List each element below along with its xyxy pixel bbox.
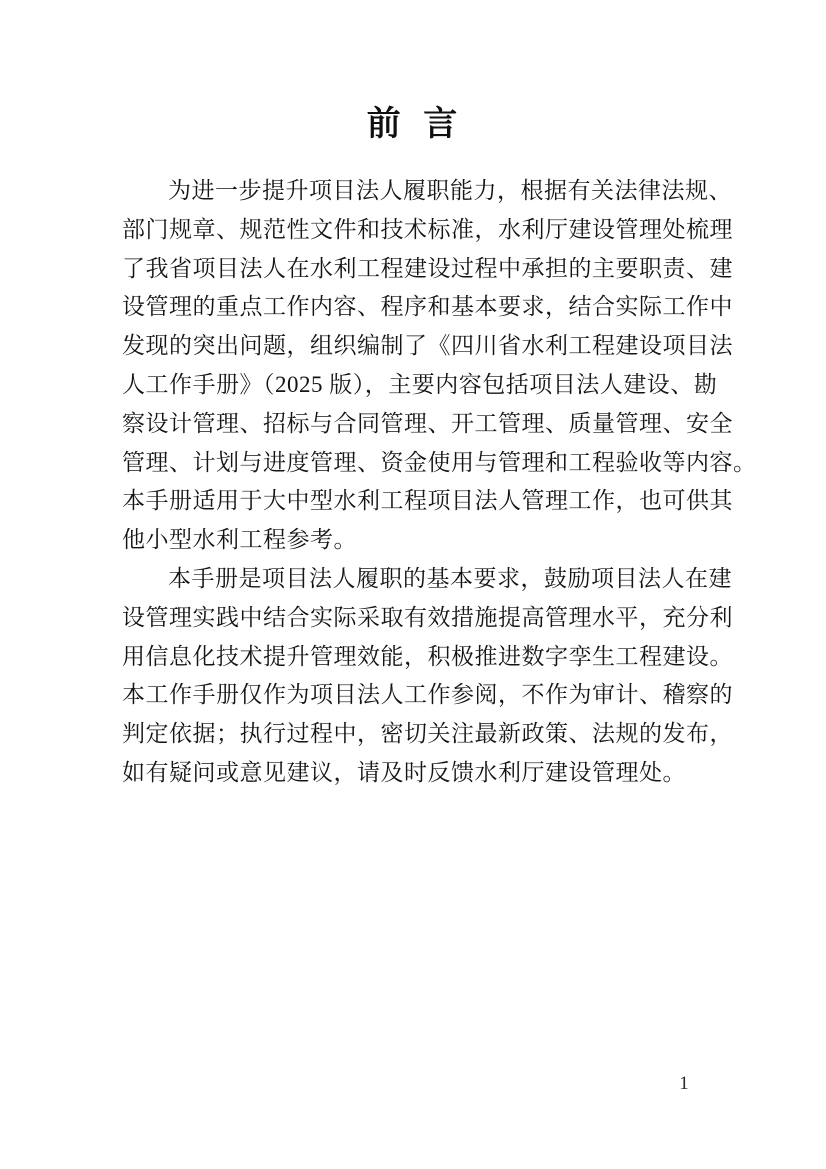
text-line: 察设计管理、招标与合同管理、开工管理、质量管理、安全 xyxy=(122,405,700,444)
text-line: 设管理实践中结合实际采取有效措施提高管理水平，充分利 xyxy=(122,599,700,638)
text-line: 为进一步提升项目法人履职能力，根据有关法律法规、 xyxy=(122,172,700,211)
text-line: 人工作手册》（2025 版），主要内容包括项目法人建设、勘 xyxy=(122,366,700,405)
page-title: 前 言 xyxy=(0,104,826,146)
text-line: 管理、计划与进度管理、资金使用与管理和工程验收等内容。 xyxy=(122,444,700,483)
text-line: 他小型水利工程参考。 xyxy=(122,521,700,560)
text-line: 用信息化技术提升管理效能，积极推进数字孪生工程建设。 xyxy=(122,638,700,677)
text-line: 如有疑问或意见建议，请及时反馈水利厅建设管理处。 xyxy=(122,754,700,793)
text-line: 本手册是项目法人履职的基本要求，鼓励项目法人在建 xyxy=(122,560,700,599)
text-line: 本工作手册仅作为项目法人工作参阅，不作为审计、稽察的 xyxy=(122,676,700,715)
document-page: 前 言 为进一步提升项目法人履职能力，根据有关法律法规、部门规章、规范性文件和技… xyxy=(0,0,826,1169)
text-line: 判定依据；执行过程中，密切关注最新政策、法规的发布， xyxy=(122,715,700,754)
document-body: 为进一步提升项目法人履职能力，根据有关法律法规、部门规章、规范性文件和技术标准，… xyxy=(122,172,700,793)
text-line: 发现的突出问题，组织编制了《四川省水利工程建设项目法 xyxy=(122,327,700,366)
text-line: 部门规章、规范性文件和技术标准，水利厅建设管理处梳理 xyxy=(122,211,700,250)
page-number: 1 xyxy=(664,1072,704,1096)
text-line: 了我省项目法人在水利工程建设过程中承担的主要职责、建 xyxy=(122,250,700,289)
text-line: 设管理的重点工作内容、程序和基本要求，结合实际工作中 xyxy=(122,288,700,327)
text-line: 本手册适用于大中型水利工程项目法人管理工作，也可供其 xyxy=(122,482,700,521)
